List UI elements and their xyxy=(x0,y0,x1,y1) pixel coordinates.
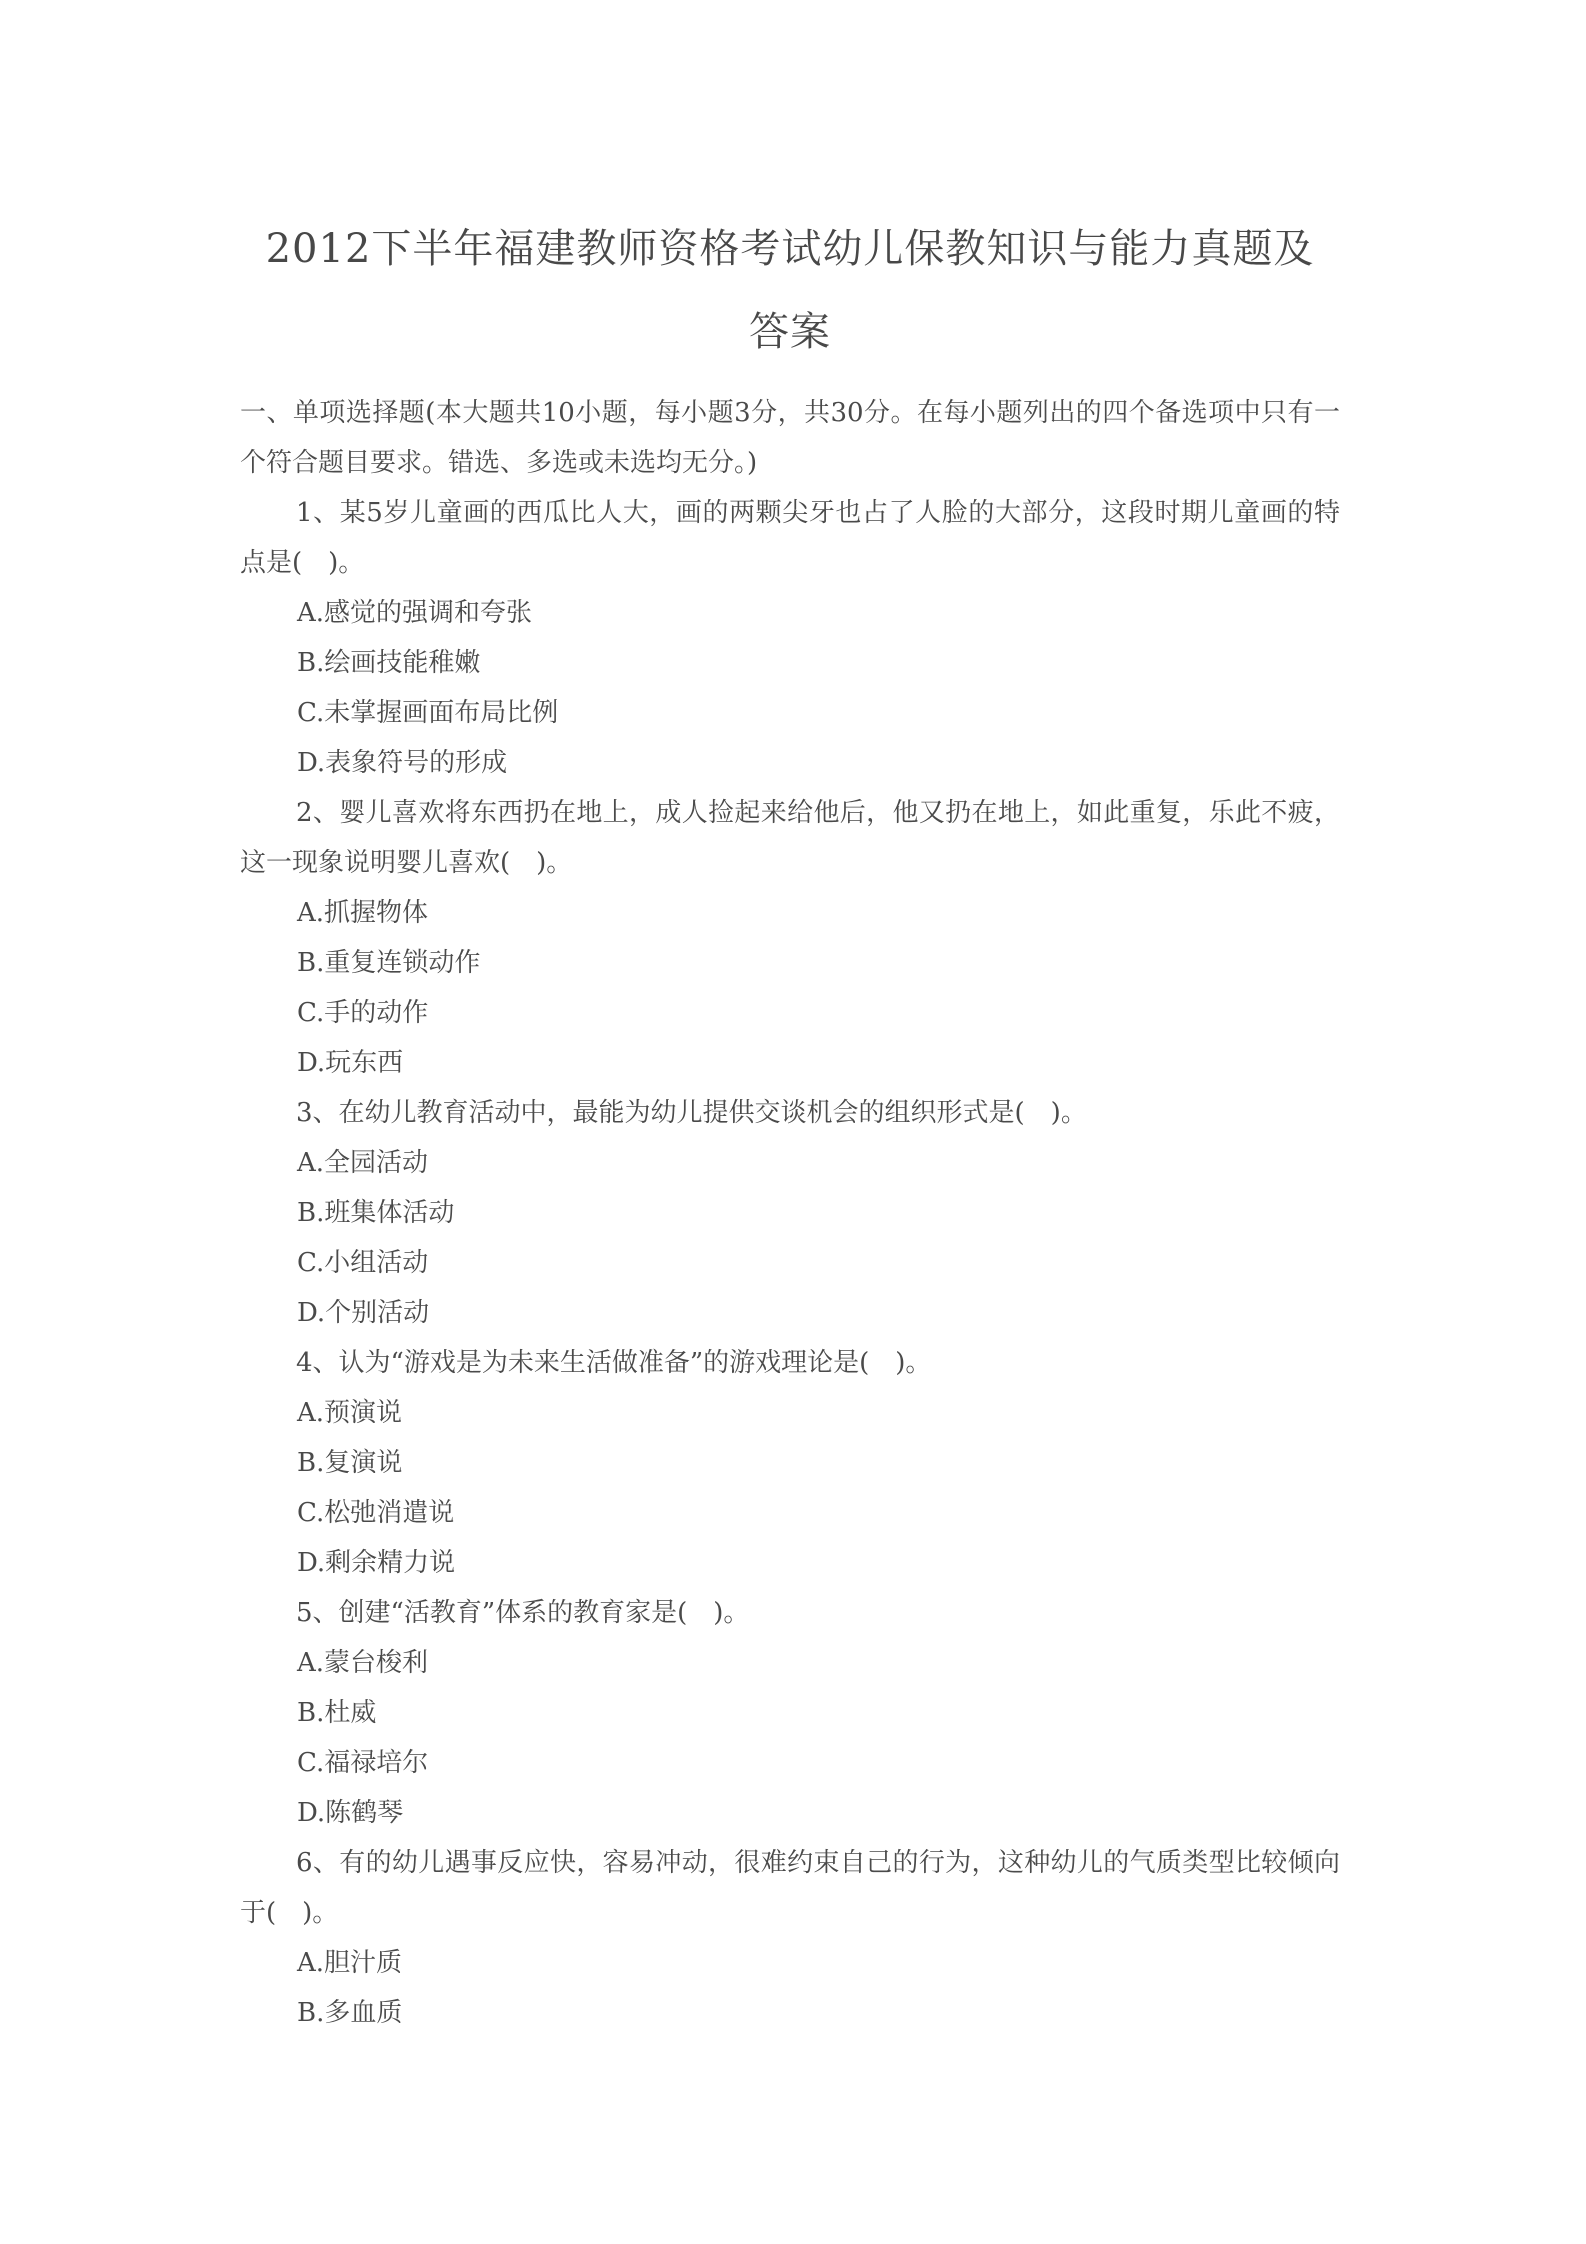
question-text: 5、创建“活教育”体系的教育家是( )。 xyxy=(240,1588,1340,1638)
option-a: A.预演说 xyxy=(240,1388,1340,1438)
option-a: A.抓握物体 xyxy=(240,888,1340,938)
option-c: C.小组活动 xyxy=(240,1238,1340,1288)
title-line-2: 答案 xyxy=(749,309,831,355)
option-d: D.玩东西 xyxy=(240,1038,1340,1088)
option-b: B.多血质 xyxy=(240,1988,1340,2038)
question-text: 1、某5岁儿童画的西瓜比人大，画的两颗尖牙也占了人脸的大部分，这段时期儿童画的特… xyxy=(240,488,1340,588)
option-c: C.松弛消遣说 xyxy=(240,1488,1340,1538)
question-block: 1、某5岁儿童画的西瓜比人大，画的两颗尖牙也占了人脸的大部分，这段时期儿童画的特… xyxy=(240,488,1340,788)
option-d: D.表象符号的形成 xyxy=(240,738,1340,788)
option-b: B.杜威 xyxy=(240,1688,1340,1738)
option-c: C.福禄培尔 xyxy=(240,1738,1340,1788)
question-text: 6、有的幼儿遇事反应快，容易冲动，很难约束自己的行为，这种幼儿的气质类型比较倾向… xyxy=(240,1838,1340,1938)
title-line-1: 2012下半年福建教师资格考试幼儿保教知识与能力真题及 xyxy=(266,226,1315,272)
option-b: B.复演说 xyxy=(240,1438,1340,1488)
question-block: 4、认为“游戏是为未来生活做准备”的游戏理论是( )。 A.预演说 B.复演说 … xyxy=(240,1338,1340,1588)
question-block: 3、在幼儿教育活动中，最能为幼儿提供交谈机会的组织形式是( )。 A.全园活动 … xyxy=(240,1088,1340,1338)
option-a: A.全园活动 xyxy=(240,1138,1340,1188)
document-page: 2012下半年福建教师资格考试幼儿保教知识与能力真题及 答案 一、单项选择题(本… xyxy=(240,0,1340,2038)
option-d: D.个别活动 xyxy=(240,1288,1340,1338)
section-heading: 一、单项选择题(本大题共10小题，每小题3分，共30分。在每小题列出的四个备选项… xyxy=(240,388,1340,488)
document-body: 一、单项选择题(本大题共10小题，每小题3分，共30分。在每小题列出的四个备选项… xyxy=(240,388,1340,2038)
option-a: A.蒙台梭利 xyxy=(240,1638,1340,1688)
option-b: B.班集体活动 xyxy=(240,1188,1340,1238)
document-title: 2012下半年福建教师资格考试幼儿保教知识与能力真题及 答案 xyxy=(240,0,1340,374)
option-c: C.手的动作 xyxy=(240,988,1340,1038)
question-block: 6、有的幼儿遇事反应快，容易冲动，很难约束自己的行为，这种幼儿的气质类型比较倾向… xyxy=(240,1838,1340,2038)
option-b: B.重复连锁动作 xyxy=(240,938,1340,988)
question-text: 4、认为“游戏是为未来生活做准备”的游戏理论是( )。 xyxy=(240,1338,1340,1388)
option-d: D.陈鹤琴 xyxy=(240,1788,1340,1838)
option-b: B.绘画技能稚嫩 xyxy=(240,638,1340,688)
option-a: A.感觉的强调和夸张 xyxy=(240,588,1340,638)
question-text: 2、婴儿喜欢将东西扔在地上，成人捡起来给他后，他又扔在地上，如此重复，乐此不疲，… xyxy=(240,788,1340,888)
question-block: 5、创建“活教育”体系的教育家是( )。 A.蒙台梭利 B.杜威 C.福禄培尔 … xyxy=(240,1588,1340,1838)
option-c: C.未掌握画面布局比例 xyxy=(240,688,1340,738)
option-d: D.剩余精力说 xyxy=(240,1538,1340,1588)
question-block: 2、婴儿喜欢将东西扔在地上，成人捡起来给他后，他又扔在地上，如此重复，乐此不疲，… xyxy=(240,788,1340,1088)
question-text: 3、在幼儿教育活动中，最能为幼儿提供交谈机会的组织形式是( )。 xyxy=(240,1088,1340,1138)
option-a: A.胆汁质 xyxy=(240,1938,1340,1988)
